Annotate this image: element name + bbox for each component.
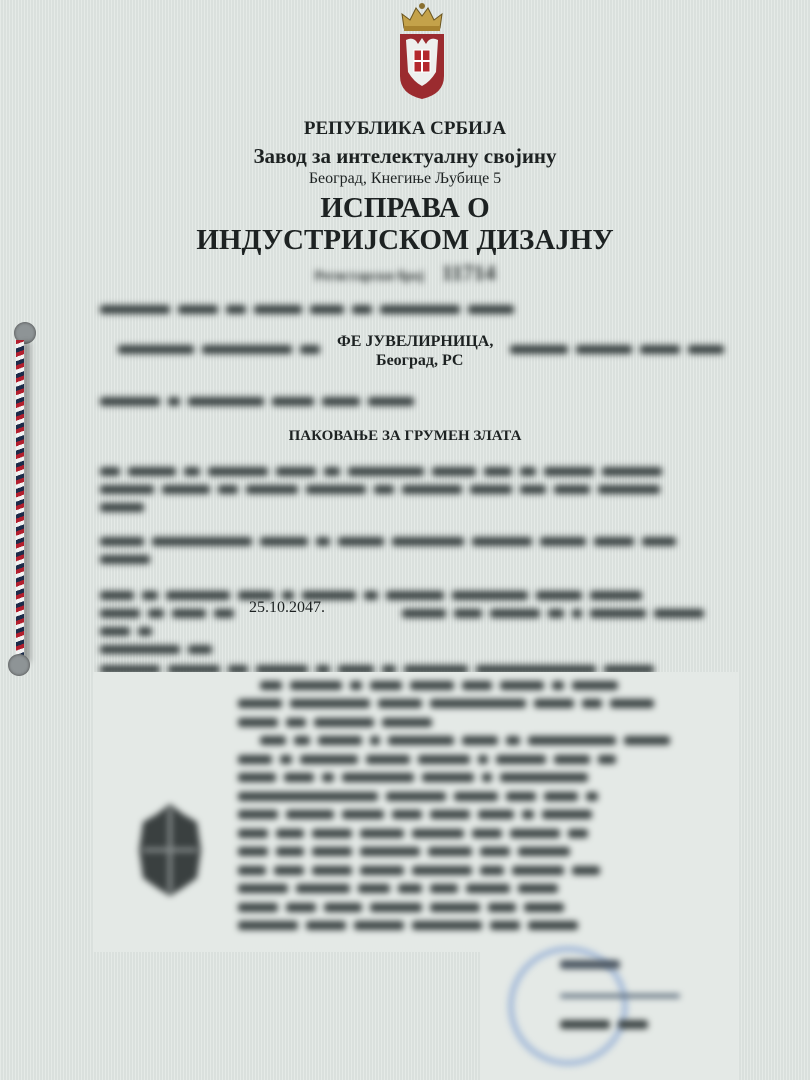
redacted-paragraph [100, 586, 740, 658]
redacted-paragraph [238, 676, 738, 935]
signature [560, 955, 688, 1033]
design-title: ПАКОВАЊЕ ЗА ГРУМЕН ЗЛАТА [0, 428, 810, 445]
redacted-text [100, 300, 522, 318]
binding-cord [16, 340, 24, 660]
redacted-text [100, 392, 422, 410]
seal-icon [135, 800, 205, 900]
redacted-holder-address [510, 340, 732, 358]
country-name: РЕПУБЛИКА СРБИЈА [0, 118, 810, 140]
redacted-paragraph [100, 462, 740, 516]
coat-of-arms-icon [396, 2, 448, 100]
holder-city: Београд, РС [376, 352, 463, 370]
institution-name: Завод за интелектуалну својину [0, 144, 810, 169]
institution-address: Београд, Кнегиње Љубице 5 [0, 170, 810, 188]
registration-label: Регистарски број [314, 269, 423, 284]
holder-name: ФЕ ЈУВЕЛИРНИЦА, [337, 333, 493, 351]
registration-row: Регистарски број 11714 [0, 260, 810, 286]
binding-hole-bottom [8, 654, 30, 676]
document-title-line1: ИСПРАВА О [0, 192, 810, 225]
expiry-date: 25.10.2047. [249, 599, 325, 617]
document-title-line2: ИНДУСТРИЈСКОМ ДИЗАЈНУ [0, 224, 810, 257]
redacted-holder-prefix [118, 340, 328, 358]
redacted-paragraph [100, 532, 740, 568]
registration-number: 11714 [442, 260, 496, 285]
